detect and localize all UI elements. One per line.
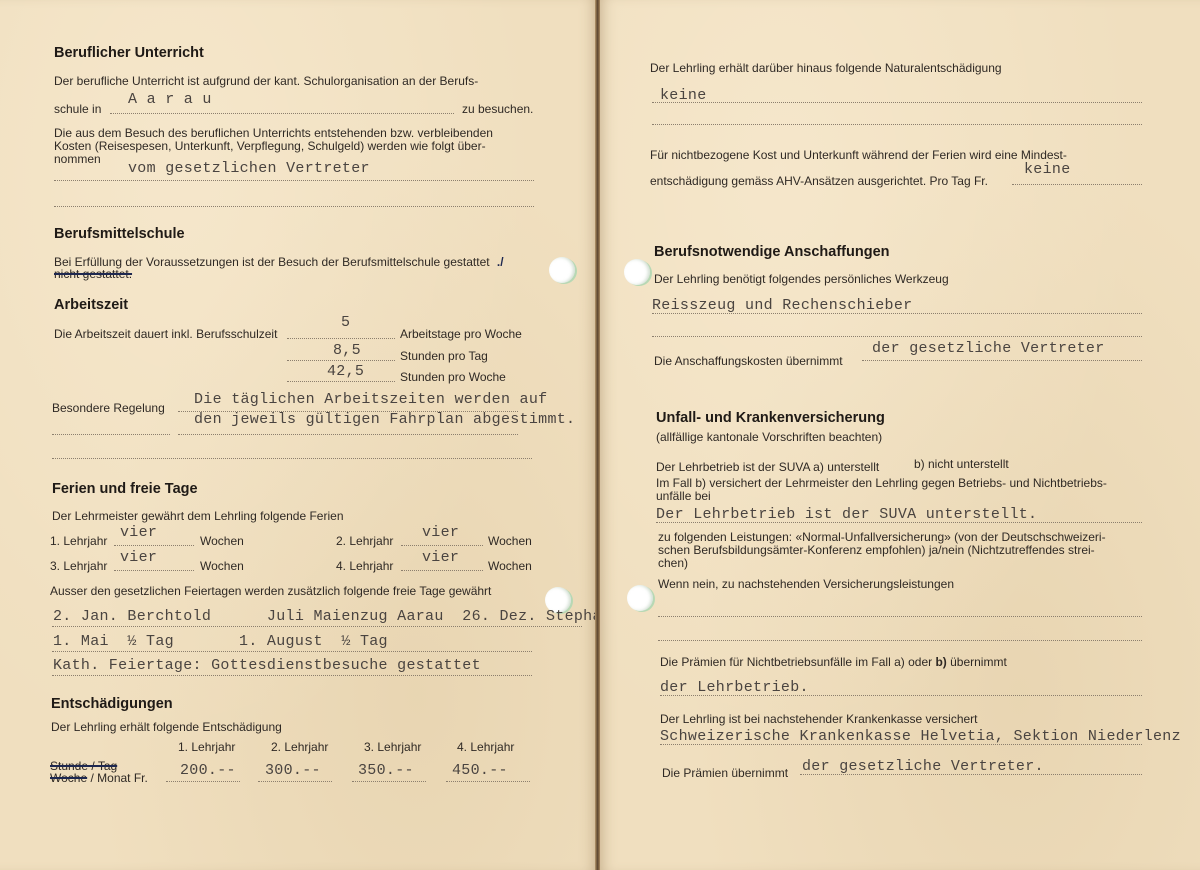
label-anschaffungskosten: Die Anschaffungskosten übernimmt: [654, 354, 843, 368]
dotted-line: [54, 180, 534, 181]
dotted-line: [652, 336, 1142, 337]
field-ferien-lehrjahr-3[interactable]: vier: [120, 549, 157, 566]
dotted-line: [258, 781, 332, 782]
text-leistungen-2: schen Berufsbildungsämter-Konferenz empf…: [658, 543, 1095, 557]
unit-wochen-2: Wochen: [488, 534, 532, 548]
booklet-spread: Beruflicher Unterricht Der berufliche Un…: [0, 0, 1200, 870]
dotted-line: [52, 458, 532, 459]
heading-berufsmittelschule: Berufsmittelschule: [54, 226, 185, 242]
dotted-line: [652, 102, 1142, 103]
subheading-versicherung: (allfällige kantonale Vorschriften beach…: [656, 430, 882, 444]
label-zu-besuchen: zu besuchen.: [462, 102, 533, 116]
text-freie-tage-intro: Ausser den gesetzlichen Feiertagen werde…: [50, 584, 491, 598]
label-besondere-regelung: Besondere Regelung: [52, 401, 165, 415]
praemien-label-bold: b): [935, 655, 946, 669]
text-leistungen-1: zu folgenden Leistungen: «Normal-Unfallv…: [658, 530, 1106, 544]
dotted-line: [1012, 184, 1142, 185]
field-anschaffungskosten[interactable]: der gesetzliche Vertreter: [872, 340, 1105, 357]
text-fall-b-2: unfälle bei: [656, 489, 711, 503]
unit-wochen-4: Wochen: [488, 559, 532, 573]
dotted-line: [114, 570, 194, 571]
praemien-label-pre: Die Prämien für Nichtbetriebsunfälle im …: [660, 655, 935, 669]
text-kost-1: Für nichtbezogene Kost und Unterkunft wä…: [650, 148, 1067, 162]
dotted-line: [656, 522, 1142, 523]
field-ferien-lehrjahr-4[interactable]: vier: [422, 549, 459, 566]
field-entschaedigung-1[interactable]: 200.--: [180, 762, 236, 779]
field-werkzeug[interactable]: Reisszeug und Rechenschieber: [652, 297, 912, 314]
punched-hole: [627, 585, 653, 611]
field-stunden-woche[interactable]: 42,5: [327, 363, 364, 380]
field-freie-tage-line-2[interactable]: 1. Mai ½ Tag 1. August ½ Tag: [53, 633, 388, 650]
field-versichert-bei[interactable]: Der Lehrbetrieb ist der SUVA unterstellt…: [656, 506, 1037, 523]
col-lehrjahr-3: 3. Lehrjahr: [364, 740, 421, 754]
label-lehrjahr-4: 4. Lehrjahr: [336, 559, 393, 573]
label-lehrjahr-3: 3. Lehrjahr: [50, 559, 107, 573]
text-costs-1: Die aus dem Besuch des beruflichen Unter…: [54, 126, 493, 140]
dotted-line: [401, 545, 483, 546]
dotted-line: [658, 616, 1142, 617]
text-fall-b-1: Im Fall b) versichert der Lehrmeister de…: [656, 476, 1107, 490]
label-arbeitszeit: Die Arbeitszeit dauert inkl. Berufsschul…: [54, 327, 277, 341]
heading-ferien: Ferien und freie Tage: [52, 481, 198, 497]
field-freie-tage-line-1[interactable]: 2. Jan. Berchtold Juli Maienzug Aarau 26…: [53, 608, 611, 625]
text-entschaedigung-intro: Der Lehrling erhält folgende Entschädigu…: [51, 720, 282, 734]
heading-versicherung: Unfall- und Krankenversicherung: [656, 410, 885, 426]
label-lehrjahr-1: 1. Lehrjahr: [50, 534, 107, 548]
dotted-line: [660, 744, 1142, 745]
text-costs-2: Kosten (Reisespesen, Unterkunft, Verpfle…: [54, 139, 486, 153]
dotted-line: [287, 360, 395, 361]
struck-woche: Woche: [50, 771, 87, 785]
dotted-line: [287, 338, 395, 339]
praemien-label-post: übernimmt: [947, 655, 1007, 669]
text-suva-a: Der Lehrbetrieb ist der SUVA a) unterste…: [656, 460, 879, 474]
dotted-line: [52, 626, 582, 627]
label-lehrjahr-2: 2. Lehrjahr: [336, 534, 393, 548]
field-praemien-nichtbetrieb[interactable]: der Lehrbetrieb.: [660, 679, 809, 696]
dotted-line: [862, 360, 1142, 361]
dotted-line: [52, 434, 170, 435]
dotted-line: [401, 570, 483, 571]
dotted-line: [800, 774, 1142, 775]
field-kasse-praemien[interactable]: der gesetzliche Vertreter.: [802, 758, 1044, 775]
dotted-line: [114, 545, 194, 546]
label-schule-in: schule in: [54, 102, 101, 116]
label-praemien-nichtbetrieb: Die Prämien für Nichtbetriebsunfälle im …: [660, 655, 1007, 669]
field-ferien-lehrjahr-1[interactable]: vier: [120, 524, 157, 541]
row-label-monat: Woche / Monat Fr.: [50, 771, 148, 785]
punched-hole: [624, 259, 650, 285]
punched-hole: [549, 257, 575, 283]
unit-wochen-1: Wochen: [200, 534, 244, 548]
dotted-line: [352, 781, 426, 782]
unit-stunden-tag: Stunden pro Tag: [400, 349, 488, 363]
unit-stunden-woche: Stunden pro Woche: [400, 370, 506, 384]
heading-anschaffungen: Berufsnotwendige Anschaffungen: [654, 244, 890, 260]
dotted-line: [652, 124, 1142, 125]
field-entschaedigung-4[interactable]: 450.--: [452, 762, 508, 779]
label-kasse-praemien: Die Prämien übernimmt: [662, 766, 788, 780]
field-krankenkasse[interactable]: Schweizerische Krankenkasse Helvetia, Se…: [660, 728, 1181, 745]
dotted-line: [178, 434, 518, 435]
check-mark: ./: [497, 255, 504, 269]
dotted-line: [652, 313, 1142, 314]
field-freie-tage-line-3[interactable]: Kath. Feiertage: Gottesdienstbesuche ges…: [53, 657, 481, 674]
field-entschaedigung-3[interactable]: 350.--: [358, 762, 414, 779]
field-costs-bearer[interactable]: vom gesetzlichen Vertreter: [128, 160, 370, 177]
dotted-line: [287, 381, 395, 382]
dotted-line: [52, 651, 532, 652]
struck-option-nicht-gestattet: nicht gestattet.: [54, 267, 132, 281]
dotted-line: [446, 781, 530, 782]
text-costs-3: nommen: [54, 152, 101, 166]
dotted-line: [658, 640, 1142, 641]
dotted-line: [54, 206, 534, 207]
col-lehrjahr-1: 1. Lehrjahr: [178, 740, 235, 754]
col-lehrjahr-2: 2. Lehrjahr: [271, 740, 328, 754]
dotted-line: [166, 781, 240, 782]
field-ferien-lehrjahr-2[interactable]: vier: [422, 524, 459, 541]
unit-arbeitstage: Arbeitstage pro Woche: [400, 327, 522, 341]
heading-entschaedigungen: Entschädigungen: [51, 696, 173, 712]
label-monat-fr: / Monat Fr.: [87, 771, 148, 785]
field-besondere-regelung-2[interactable]: den jeweils gültigen Fahrplan abgestimmt…: [194, 411, 575, 428]
text-naturalentschaedigung: Der Lehrling erhält darüber hinaus folge…: [650, 61, 1002, 75]
field-entschaedigung-2[interactable]: 300.--: [265, 762, 321, 779]
field-stunden-tag[interactable]: 8,5: [333, 342, 361, 359]
unit-wochen-3: Wochen: [200, 559, 244, 573]
label-krankenkasse: Der Lehrling ist bei nachstehender Krank…: [660, 712, 978, 726]
text-werkzeug: Der Lehrling benötigt folgendes persönli…: [654, 272, 949, 286]
text-wenn-nein: Wenn nein, zu nachstehenden Versicherung…: [658, 577, 954, 591]
dotted-line: [52, 675, 532, 676]
field-school-location[interactable]: A a r a u: [128, 91, 212, 108]
text-kost-2: entschädigung gemäss AHV-Ansätzen ausger…: [650, 174, 988, 188]
heading-arbeitszeit: Arbeitszeit: [54, 297, 128, 313]
left-page: Beruflicher Unterricht Der berufliche Un…: [0, 0, 596, 870]
right-page: Der Lehrling erhält darüber hinaus folge…: [600, 0, 1200, 870]
text-suva-b: b) nicht unterstellt: [914, 457, 1009, 471]
dotted-line: [660, 695, 1142, 696]
heading-beruflicher-unterricht: Beruflicher Unterricht: [54, 45, 204, 61]
text-unterricht-line1: Der berufliche Unterricht ist aufgrund d…: [54, 74, 478, 88]
text-leistungen-3: chen): [658, 556, 688, 570]
field-arbeitstage[interactable]: 5: [341, 314, 350, 331]
field-pro-tag-fr[interactable]: keine: [1024, 161, 1071, 178]
text-ferien-intro: Der Lehrmeister gewährt dem Lehrling fol…: [52, 509, 344, 523]
col-lehrjahr-4: 4. Lehrjahr: [457, 740, 514, 754]
field-besondere-regelung-1[interactable]: Die täglichen Arbeitszeiten werden auf: [194, 391, 547, 408]
dotted-line: [110, 113, 454, 114]
